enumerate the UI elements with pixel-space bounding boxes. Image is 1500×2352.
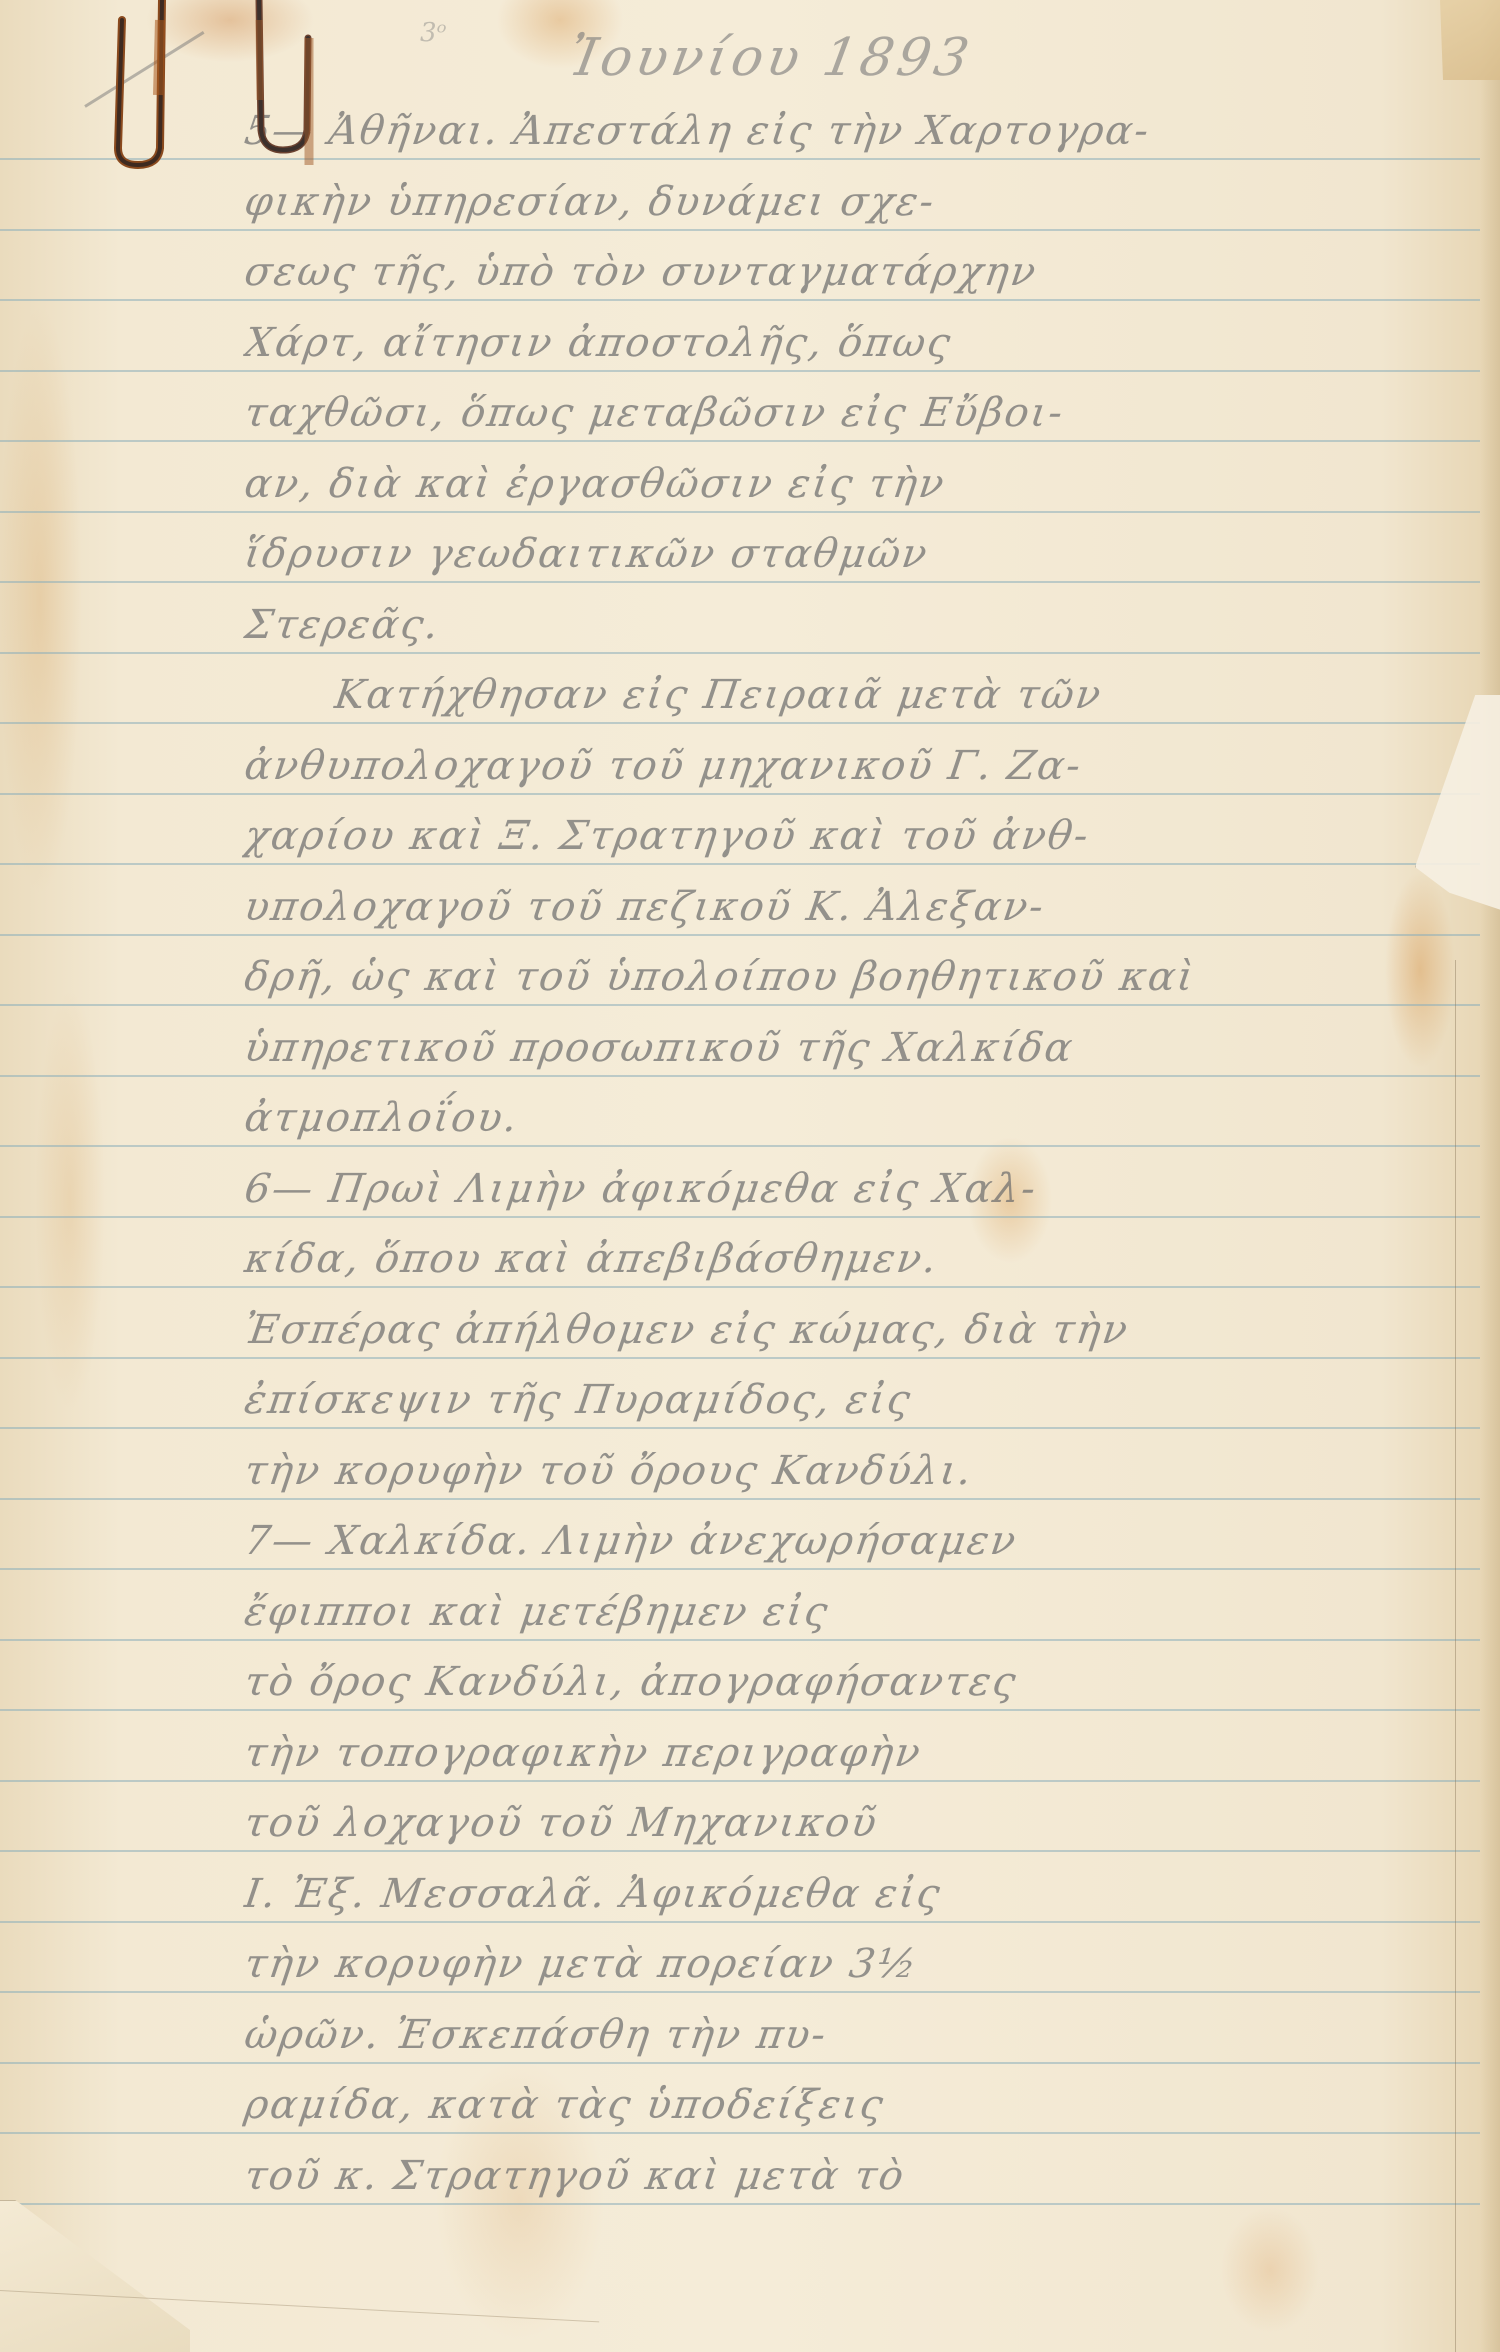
handwritten-line: ὡρῶν. Ἐσκεπάσθη τὴν πυ-	[240, 2000, 1500, 2070]
handwritten-line: φικὴν ὑπηρεσίαν, δυνάμει σχε-	[240, 167, 1500, 237]
handwritten-line: τὴν κορυφὴν τοῦ ὄρους Κανδύλι.	[240, 1436, 1500, 1506]
handwritten-line: αν, διὰ καὶ ἐργασθῶσιν εἰς τὴν	[240, 449, 1500, 519]
handwritten-line: 7— Χαλκίδα. Λιμὴν ἀνεχωρήσαμεν	[240, 1506, 1500, 1576]
handwritten-line: σεως τῆς, ὑπὸ τὸν συνταγματάρχην	[240, 237, 1500, 307]
handwritten-line: 6— Πρωὶ Λιμὴν ἀφικόμεθα εἰς Χαλ-	[240, 1154, 1500, 1224]
handwritten-line: τοῦ λοχαγοῦ τοῦ Μηχανικοῦ	[240, 1788, 1500, 1858]
right-crease	[1455, 960, 1456, 2352]
handwritten-line: 5— Ἀθῆναι. Ἀπεστάλη εἰς τὴν Χαρτογρα-	[240, 96, 1500, 166]
handwritten-line: ἀτμοπλοΐου.	[240, 1083, 1500, 1153]
handwritten-line: ραμίδα, κατὰ τὰς ὑποδείξεις	[240, 2070, 1500, 2140]
page-date-heading: Ἰουνίου 1893	[565, 28, 977, 88]
handwritten-line: δρῆ, ὡς καὶ τοῦ ὑπολοίπου βοηθητικοῦ καὶ	[240, 942, 1500, 1012]
handwritten-line: τὴν τοπογραφικὴν περιγραφὴν	[240, 1718, 1500, 1788]
handwritten-line: ὑπηρετικοῦ προσωπικοῦ τῆς Χαλκίδα	[240, 1013, 1500, 1083]
handwritten-line: ἔφιπποι καὶ μετέβημεν εἰς	[240, 1577, 1500, 1647]
handwritten-line: ταχθῶσι, ὅπως μεταβῶσιν εἰς Εὔβοι-	[240, 378, 1500, 448]
handwritten-line: υπολοχαγοῦ τοῦ πεζικοῦ Κ. Ἀλεξαν-	[240, 872, 1500, 942]
paperclip-icon	[245, 0, 325, 175]
handwritten-line: κίδα, ὅπου καὶ ἀπεβιβάσθημεν.	[240, 1224, 1500, 1294]
handwritten-line: Ι. Ἐξ. Μεσσαλᾶ. Ἀφικόμεθα εἰς	[240, 1859, 1500, 1929]
handwritten-line: ἵδρυσιν γεωδαιτικῶν σταθμῶν	[240, 519, 1500, 589]
handwritten-line: τοῦ κ. Στρατηγοῦ καὶ μετὰ τὸ	[240, 2141, 1500, 2211]
handwritten-line: τὴν κορυφὴν μετὰ πορείαν 3½	[240, 1929, 1500, 1999]
folded-corner-bottom-left	[0, 2200, 190, 2352]
handwritten-line: χαρίου καὶ Ξ. Στρατηγοῦ καὶ τοῦ ἀνθ-	[240, 801, 1500, 871]
handwritten-line: ἐπίσκεψιν τῆς Πυραμίδος, εἰς	[240, 1365, 1500, 1435]
folded-corner-top-right	[1440, 0, 1500, 80]
page-corner-mark: 3ᵒ	[420, 18, 447, 48]
handwritten-line: Χάρτ, αἴτησιν ἀποστολῆς, ὅπως	[240, 308, 1500, 378]
paperclip-icon	[100, 0, 180, 175]
handwritten-line: τὸ ὄρος Κανδύλι, ἀπογραφήσαντες	[240, 1647, 1500, 1717]
document-page: 3ᵒ Ἰουνίου 1893 5— Ἀθῆναι. Ἀπεστάλη εἰς …	[0, 0, 1500, 2352]
handwritten-line: Ἐσπέρας ἀπήλθομεν εἰς κώμας, διὰ τὴν	[240, 1295, 1500, 1365]
handwritten-line: Στερεᾶς.	[240, 590, 1500, 660]
handwritten-line: Κατήχθησαν εἰς Πειραιᾶ μετὰ τῶν	[330, 660, 1500, 730]
handwritten-line: ἀνθυπολοχαγοῦ τοῦ μηχανικοῦ Γ. Ζα-	[240, 731, 1500, 801]
